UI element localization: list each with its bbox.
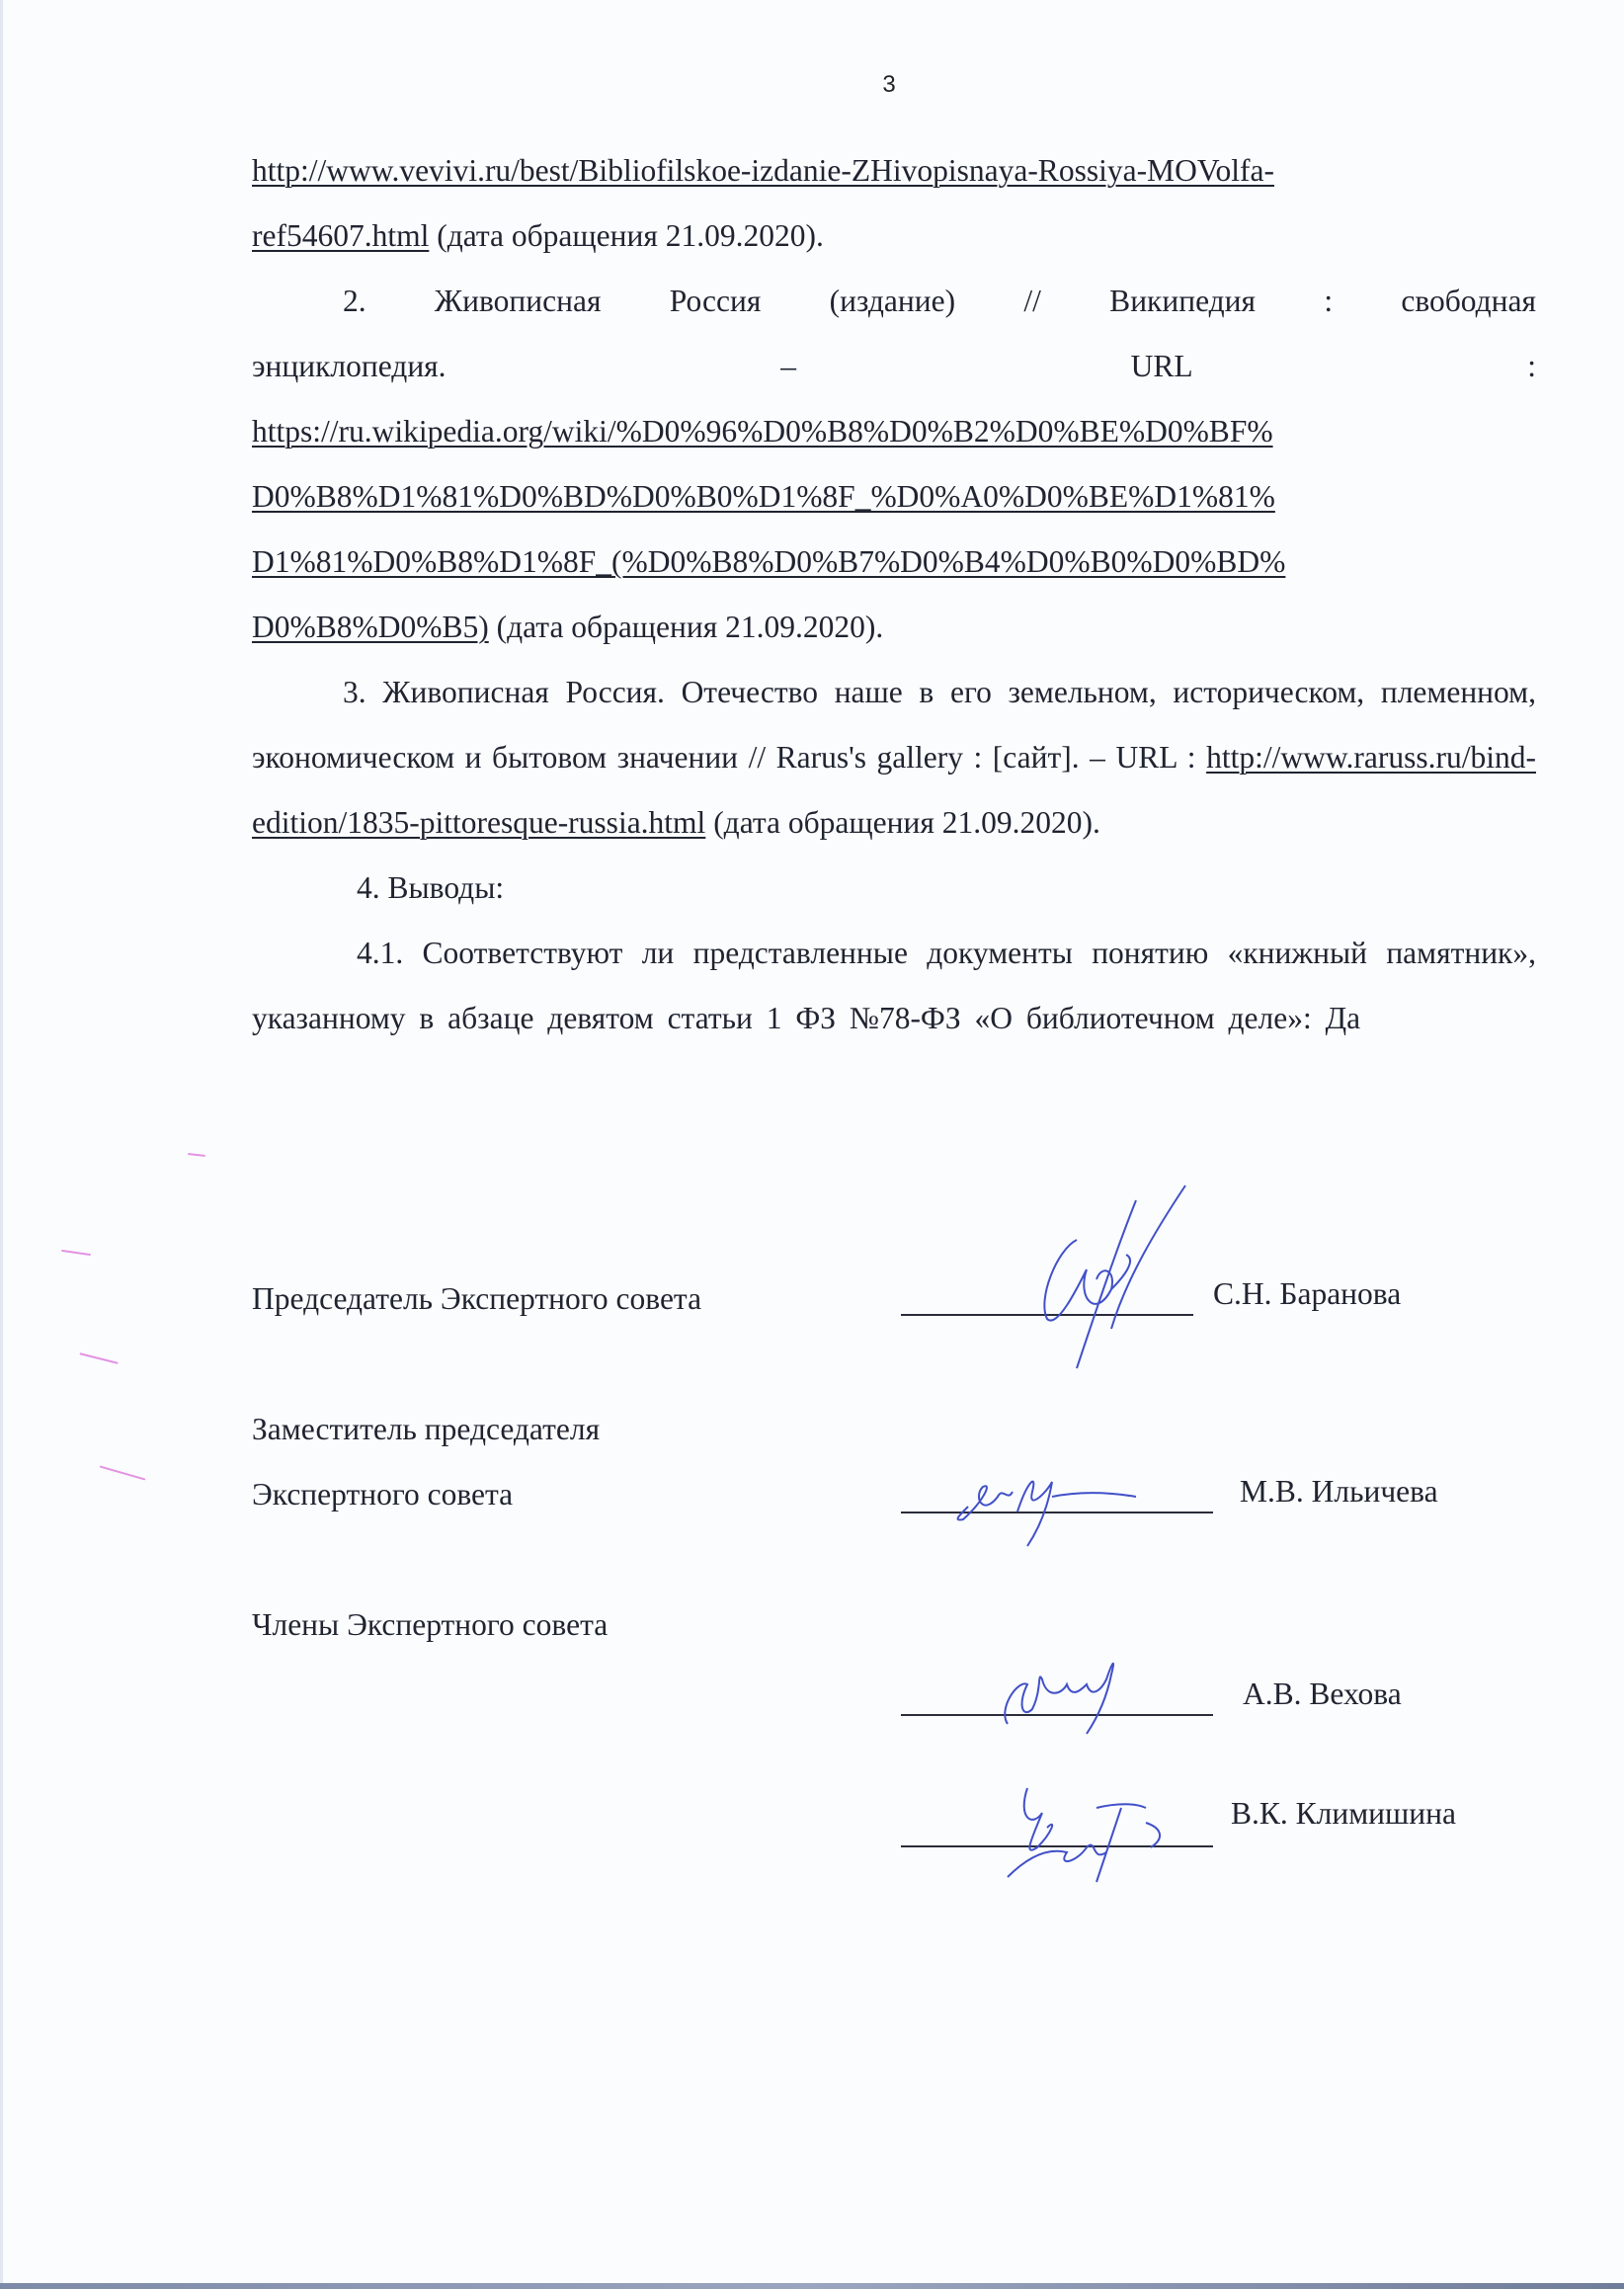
chair-name: С.Н. Баранова [1213, 1276, 1401, 1312]
stray-mark [79, 1352, 118, 1364]
reference-3: 3. Живописная Россия. Отечество наше в е… [252, 660, 1536, 856]
scan-left-edge [0, 0, 3, 2289]
reference-1-url-line1[interactable]: http://www.vevivi.ru/best/Bibliofilskoe-… [252, 138, 1536, 204]
stray-mark [100, 1465, 146, 1480]
deputy-role-line1: Заместитель председателя [252, 1410, 600, 1449]
member-2-signature [988, 1778, 1185, 1887]
members-role: Члены Экспертного совета [252, 1605, 608, 1645]
member-1-name: А.В. Вехова [1243, 1676, 1402, 1712]
stray-mark [188, 1153, 205, 1157]
deputy-signature [938, 1462, 1156, 1551]
reference-1-tail: http://www.vevivi.ru/best/Bibliofilskoe-… [252, 138, 1536, 269]
reference-3-access-date: (дата обращения 21.09.2020). [705, 805, 1100, 840]
reference-2-url-line4[interactable]: D0%B8%D0%B5) [252, 610, 489, 644]
chair-signature [1017, 1181, 1215, 1378]
reference-2-line1: 2. Живописная Россия (издание) // Википе… [252, 269, 1536, 334]
reference-1-url-line2[interactable]: ref54607.html [252, 218, 429, 253]
reference-2-dash: – [780, 334, 796, 399]
reference-2-url-label: URL [1131, 334, 1193, 399]
page-number: 3 [0, 71, 1624, 99]
reference-2-url-line2[interactable]: D0%B8%D1%81%D0%BD%D0%B0%D1%8F_%D0%A0%D0%… [252, 464, 1536, 530]
conclusion-4-1: 4.1. Соответствуют ли представленные док… [252, 921, 1536, 1051]
stray-mark [61, 1250, 91, 1256]
reference-2-url-line3[interactable]: D1%81%D0%B8%D1%8F_(%D0%B8%D0%B7%D0%B4%D0… [252, 530, 1536, 595]
deputy-role-line2: Экспертного совета [252, 1475, 513, 1514]
references-section: http://www.vevivi.ru/best/Bibliofilskoe-… [252, 138, 1536, 1051]
scan-bottom-edge [0, 2283, 1624, 2289]
member-2-name: В.К. Климишина [1231, 1796, 1456, 1832]
conclusions-heading: 4. Выводы: [252, 856, 1536, 921]
reference-2-url: https://ru.wikipedia.org/wiki/%D0%96%D0%… [252, 399, 1536, 660]
reference-2-line2: энциклопедия.–URL: [252, 334, 1536, 399]
reference-2-colon: : [1527, 334, 1536, 399]
reference-2-access-date: (дата обращения 21.09.2020). [489, 610, 884, 644]
reference-2-url-line1[interactable]: https://ru.wikipedia.org/wiki/%D0%96%D0%… [252, 399, 1536, 464]
chair-role: Председатель Экспертного совета [252, 1279, 701, 1319]
member-1-signature [988, 1650, 1166, 1739]
reference-2-line2-a: энциклопедия. [252, 334, 447, 399]
reference-1-access-date: (дата обращения 21.09.2020). [429, 218, 824, 253]
deputy-name: М.В. Ильичева [1240, 1474, 1438, 1510]
